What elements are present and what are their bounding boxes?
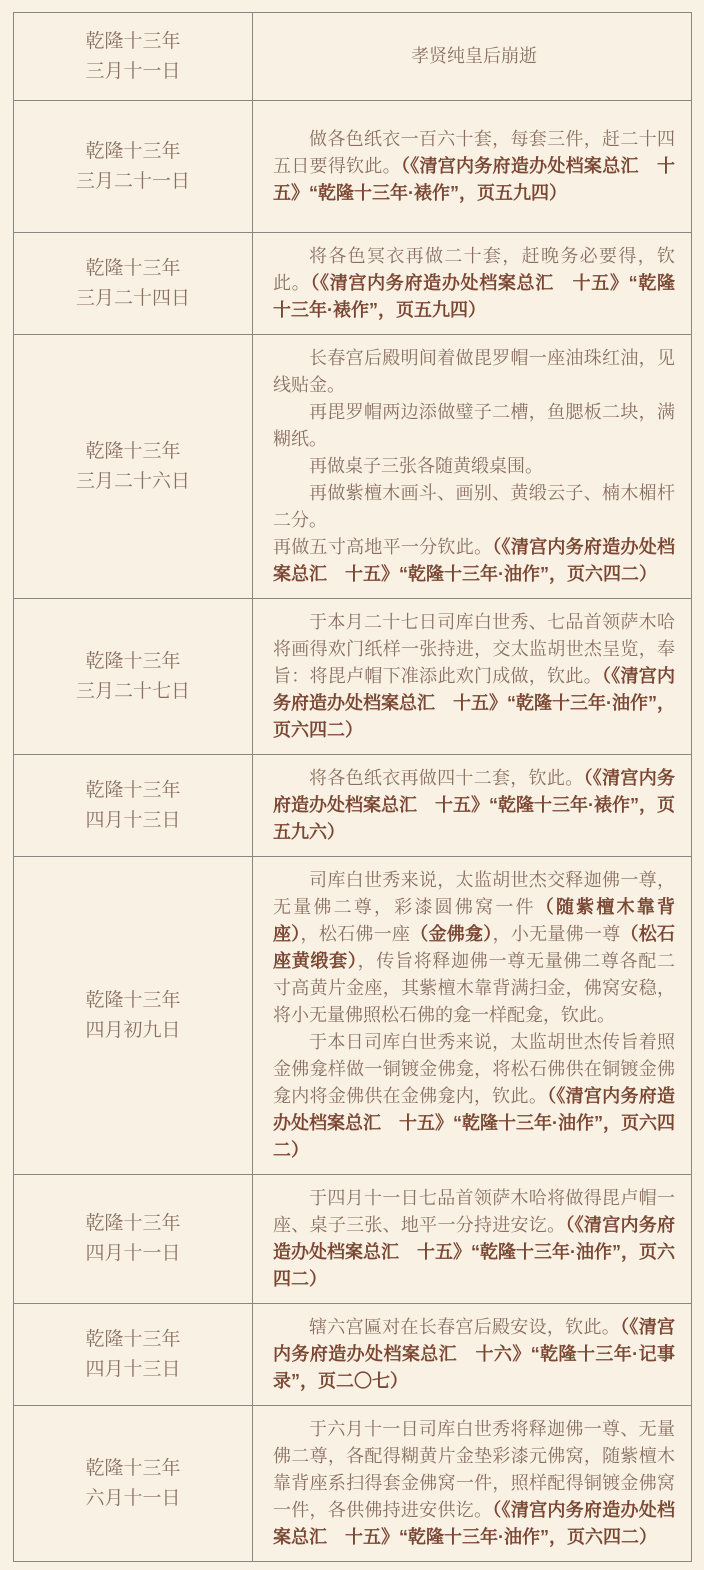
event-text: 将各色纸衣再做四十二套，钦此。	[309, 768, 584, 788]
table-body: 乾隆十三年三月十一日孝贤纯皇后崩逝乾隆十三年三月二十一日做各色纸衣一百六十套，每…	[14, 13, 692, 1562]
date-line: 乾隆十三年	[24, 1325, 242, 1355]
date-line: 四月初九日	[24, 1016, 242, 1046]
date-line: 乾隆十三年	[24, 254, 242, 284]
event-paragraph: 辖六宫匾对在长春宫后殿安设，钦此。（《清宫内务府造办处档案总汇 十六》“乾隆十三…	[273, 1314, 675, 1395]
event-paragraph: 再做紫檀木画斗、画别、黄缎云子、楠木楣杆二分。	[273, 480, 675, 534]
event-cell: 孝贤纯皇后崩逝	[253, 13, 692, 101]
event-text: 孝贤纯皇后崩逝	[411, 46, 537, 66]
date-line: 三月二十七日	[24, 677, 242, 707]
event-paragraph: 将各色冥衣再做二十套，赶晚务必要得，钦此。（《清宫内务府造办处档案总汇 十五》“…	[273, 243, 675, 324]
event-cell: 将各色冥衣再做二十套，赶晚务必要得，钦此。（《清宫内务府造办处档案总汇 十五》“…	[253, 233, 692, 335]
citation-text: （金佛龛）	[410, 924, 492, 944]
date-line: 三月二十四日	[24, 284, 242, 314]
event-cell: 司库白世秀来说，太监胡世杰交释迦佛一尊，无量佛二尊，彩漆圆佛窝一件（随紫檀木靠背…	[253, 857, 692, 1175]
date-line: 乾隆十三年	[24, 986, 242, 1016]
event-paragraph: 长春宫后殿明间着做毘罗帽一座油珠红油，见线贴金。	[273, 345, 675, 399]
event-text: 再做五寸高地平一分钦此。	[273, 537, 492, 557]
date-line: 乾隆十三年	[24, 1454, 242, 1484]
table-row: 乾隆十三年三月二十七日于本月二十七日司库白世秀、七品首领萨木哈将画得欢门纸样一张…	[14, 599, 692, 755]
date-cell: 乾隆十三年四月初九日	[14, 857, 253, 1175]
chronology-table: 乾隆十三年三月十一日孝贤纯皇后崩逝乾隆十三年三月二十一日做各色纸衣一百六十套，每…	[13, 12, 692, 1562]
event-cell: 于六月十一日司库白世秀将释迦佛一尊、无量佛二尊，各配得糊黄片金垫彩漆元佛窝，随紫…	[253, 1406, 692, 1562]
date-cell: 乾隆十三年三月二十六日	[14, 335, 253, 599]
date-line: 三月二十一日	[24, 167, 242, 197]
table-row: 乾隆十三年四月十三日将各色纸衣再做四十二套，钦此。（《清宫内务府造办处档案总汇 …	[14, 755, 692, 857]
event-paragraph: 于本月二十七日司库白世秀、七品首领萨木哈将画得欢门纸样一张持进，交太监胡世杰呈览…	[273, 609, 675, 744]
date-cell: 乾隆十三年三月十一日	[14, 13, 253, 101]
event-text: ，松石佛一座	[301, 924, 411, 944]
event-cell: 辖六宫匾对在长春宫后殿安设，钦此。（《清宫内务府造办处档案总汇 十六》“乾隆十三…	[253, 1304, 692, 1406]
table-row: 乾隆十三年三月二十一日做各色纸衣一百六十套，每套三件，赶二十四五日要得钦此。（《…	[14, 101, 692, 233]
event-text: 再做紫檀木画斗、画别、黄缎云子、楠木楣杆二分。	[273, 483, 675, 530]
table-row: 乾隆十三年四月初九日司库白世秀来说，太监胡世杰交释迦佛一尊，无量佛二尊，彩漆圆佛…	[14, 857, 692, 1175]
event-paragraph: 于本日司库白世秀来说，太监胡世杰传旨着照金佛龛样做一铜镀金佛龛，将松石佛供在铜镀…	[273, 1029, 675, 1164]
table-row: 乾隆十三年三月二十六日长春宫后殿明间着做毘罗帽一座油珠红油，见线贴金。再毘罗帽两…	[14, 335, 692, 599]
date-cell: 乾隆十三年六月十一日	[14, 1406, 253, 1562]
event-text: 再毘罗帽两边添做璧子二槽，鱼腮板二块，满糊纸。	[273, 402, 675, 449]
date-line: 乾隆十三年	[24, 27, 242, 57]
event-text: 再做桌子三张各随黄缎桌围。	[309, 456, 543, 476]
event-text: 长春宫后殿明间着做毘罗帽一座油珠红油，见线贴金。	[273, 348, 675, 395]
date-cell: 乾隆十三年三月二十一日	[14, 101, 253, 233]
table-row: 乾隆十三年三月十一日孝贤纯皇后崩逝	[14, 13, 692, 101]
date-line: 乾隆十三年	[24, 1209, 242, 1239]
event-paragraph: 于四月十一日七品首领萨木哈将做得毘卢帽一座、桌子三张、地平一分持进安讫。（《清宫…	[273, 1185, 675, 1293]
citation-text: （《清宫内务府造办处档案总汇 十五》“乾隆十三年·裱作”，页五九四）	[273, 273, 675, 320]
date-line: 四月十一日	[24, 1239, 242, 1269]
date-line: 乾隆十三年	[24, 437, 242, 467]
date-cell: 乾隆十三年三月二十四日	[14, 233, 253, 335]
date-cell: 乾隆十三年四月十三日	[14, 1304, 253, 1406]
date-line: 三月二十六日	[24, 467, 242, 497]
table-row: 乾隆十三年三月二十四日将各色冥衣再做二十套，赶晚务必要得，钦此。（《清宫内务府造…	[14, 233, 692, 335]
event-cell: 将各色纸衣再做四十二套，钦此。（《清宫内务府造办处档案总汇 十五》“乾隆十三年·…	[253, 755, 692, 857]
date-line: 三月十一日	[24, 57, 242, 87]
event-paragraph: 司库白世秀来说，太监胡世杰交释迦佛一尊，无量佛二尊，彩漆圆佛窝一件（随紫檀木靠背…	[273, 867, 675, 1029]
event-cell: 长春宫后殿明间着做毘罗帽一座油珠红油，见线贴金。再毘罗帽两边添做璧子二槽，鱼腮板…	[253, 335, 692, 599]
event-paragraph: 再做五寸高地平一分钦此。（《清宫内务府造办处档案总汇 十五》“乾隆十三年·油作”…	[273, 534, 675, 588]
date-line: 六月十一日	[24, 1484, 242, 1514]
event-paragraph: 于六月十一日司库白世秀将释迦佛一尊、无量佛二尊，各配得糊黄片金垫彩漆元佛窝，随紫…	[273, 1416, 675, 1551]
event-paragraph: 孝贤纯皇后崩逝	[273, 43, 675, 70]
event-paragraph: 做各色纸衣一百六十套，每套三件，赶二十四五日要得钦此。（《清宫内务府造办处档案总…	[273, 126, 675, 207]
date-cell: 乾隆十三年四月十三日	[14, 755, 253, 857]
event-cell: 于四月十一日七品首领萨木哈将做得毘卢帽一座、桌子三张、地平一分持进安讫。（《清宫…	[253, 1175, 692, 1304]
event-paragraph: 将各色纸衣再做四十二套，钦此。（《清宫内务府造办处档案总汇 十五》“乾隆十三年·…	[273, 765, 675, 846]
table-row: 乾隆十三年四月十三日辖六宫匾对在长春宫后殿安设，钦此。（《清宫内务府造办处档案总…	[14, 1304, 692, 1406]
date-line: 四月十三日	[24, 806, 242, 836]
event-paragraph: 再做桌子三张各随黄缎桌围。	[273, 453, 675, 480]
event-cell: 于本月二十七日司库白世秀、七品首领萨木哈将画得欢门纸样一张持进，交太监胡世杰呈览…	[253, 599, 692, 755]
date-cell: 乾隆十三年三月二十七日	[14, 599, 253, 755]
event-cell: 做各色纸衣一百六十套，每套三件，赶二十四五日要得钦此。（《清宫内务府造办处档案总…	[253, 101, 692, 233]
date-line: 四月十三日	[24, 1355, 242, 1385]
table-row: 乾隆十三年六月十一日于六月十一日司库白世秀将释迦佛一尊、无量佛二尊，各配得糊黄片…	[14, 1406, 692, 1562]
date-line: 乾隆十三年	[24, 137, 242, 167]
event-paragraph: 再毘罗帽两边添做璧子二槽，鱼腮板二块，满糊纸。	[273, 399, 675, 453]
event-text: 辖六宫匾对在长春宫后殿安设，钦此。	[309, 1317, 620, 1337]
date-line: 乾隆十三年	[24, 776, 242, 806]
date-cell: 乾隆十三年四月十一日	[14, 1175, 253, 1304]
event-text: ，小无量佛一尊	[493, 924, 621, 944]
table-row: 乾隆十三年四月十一日于四月十一日七品首领萨木哈将做得毘卢帽一座、桌子三张、地平一…	[14, 1175, 692, 1304]
date-line: 乾隆十三年	[24, 647, 242, 677]
